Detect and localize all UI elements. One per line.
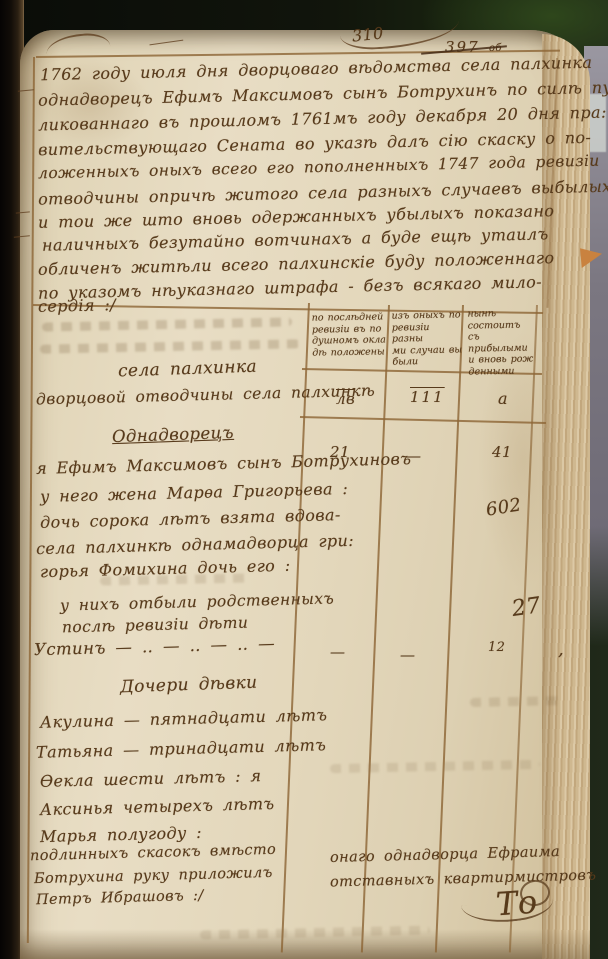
cell-r2c1: 21 [330, 444, 350, 461]
manuscript-photo: { "palette":{"ink":"#573a1b","parchment"… [0, 0, 608, 959]
preamble-line: сердія :/ [38, 296, 116, 315]
cell-r4c2: — [400, 647, 415, 664]
cell-r1c1: лв [336, 391, 355, 408]
table-header-col3: нынѣ состоитъ съ прибылыми и вновь рож д… [467, 307, 538, 377]
table-header-col2: изъ оныхъ по ревизіи разны ми случаи вы … [392, 309, 465, 368]
cell-r1c2: 111 [410, 389, 445, 406]
cell-r4c1: — [330, 644, 345, 661]
cell-r4c3: 12 [488, 641, 505, 655]
cell-r2c2: — [406, 448, 421, 465]
margin-flourish: 27 [510, 594, 542, 622]
comma-mark: , [558, 640, 564, 660]
cell-r2c3: 41 [492, 444, 512, 461]
daughter-line: Марья полугоду : [40, 824, 202, 846]
table-header-col1: по послѣдней ревизіи въ по душномъ окла … [312, 311, 389, 358]
cell-r1c3: а [498, 390, 508, 408]
